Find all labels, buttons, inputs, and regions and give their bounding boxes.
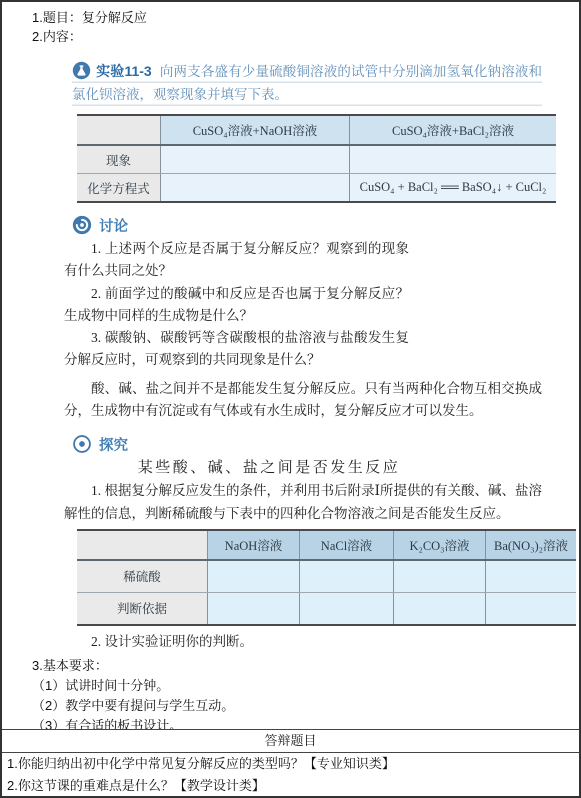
discussion-item-1: 1. 上述两个反应是否属于复分解反应？观察到的现象有什么共同之处？ (64, 238, 409, 283)
table2-row-label-basis: 判断依据 (77, 592, 208, 625)
requirements-heading: 3.基本要求： (32, 656, 579, 676)
table2-header-naoh: NaOH溶液 (208, 530, 300, 560)
table2-cell-acid-naoh (208, 560, 300, 593)
table2-cell-basis-k2co3 (394, 592, 486, 625)
table1-cell-phenomenon-naoh (161, 145, 350, 174)
defense-item-1: 1.你能归纳出初中化学中常见复分解反应的类型吗？【专业知识类】 (2, 753, 579, 775)
table2-corner-cell (77, 530, 208, 560)
question-title-line: 1.题目：复分解反应 (2, 8, 579, 27)
discussion-items: 1. 上述两个反应是否属于复分解反应？观察到的现象有什么共同之处？ 2. 前面学… (64, 238, 409, 372)
inquiry-table: NaOH溶液 NaCl溶液 K₂CO₃溶液 Ba(NO₃)₂溶液 稀硫酸 判断依… (77, 529, 576, 626)
table-row-phenomenon: 现象 (77, 145, 556, 174)
swirl-discussion-icon (72, 215, 92, 236)
table2-header-nacl: NaCl溶液 (300, 530, 394, 560)
table-row-header: NaOH溶液 NaCl溶液 K₂CO₃溶液 Ba(NO₃)₂溶液 (77, 530, 576, 560)
discussion-item-2: 2. 前面学过的酸碱中和反应是否也属于复分解反应？生成物中同样的生成物是什么？ (64, 283, 409, 328)
table2-cell-acid-bano32 (486, 560, 577, 593)
defense-item-2: 2.你这节课的重难点是什么？【教学设计类】 (2, 775, 579, 797)
content-area: 1.题目：复分解反应 2.内容： 实验11-3向两支各盛有少量硫酸铜溶液的试管中… (2, 2, 579, 736)
requirement-item-1: （1）试讲时间十分钟。 (32, 676, 579, 696)
requirement-item-2: （2）教学中要有提问与学生互动。 (32, 696, 579, 716)
flask-icon (72, 64, 91, 79)
defense-section: 答辩题目 1.你能归纳出初中化学中常见复分解反应的类型吗？【专业知识类】 2.你… (2, 729, 579, 796)
table1-row-label-phenomenon: 现象 (77, 145, 161, 174)
table-row-equation: 化学方程式 CuSO₄ + BaCl₂ ══ BaSO₄↓ + CuCl₂ (77, 174, 556, 203)
table1-row-label-equation: 化学方程式 (77, 174, 161, 203)
defense-title: 答辩题目 (2, 729, 579, 752)
discussion-item-3: 3. 碳酸钠、碳酸钙等含碳酸根的盐溶液与盐酸发生复分解反应时，可观察到的共同现象… (64, 327, 409, 372)
table2-header-k2co3: K₂CO₃溶液 (394, 530, 486, 560)
discussion-label: 讨论 (99, 215, 128, 236)
experiment-table: CuSO₄溶液+NaOH溶液 CuSO₄溶液+BaCl₂溶液 现象 化学方程式 … (77, 114, 556, 203)
table1-header-cuso4-bacl2: CuSO₄溶液+BaCl₂溶液 (350, 115, 557, 145)
table2-cell-basis-bano32 (486, 592, 577, 625)
inquiry-item-1: 1. 根据复分解反应发生的条件，并利用书后附录Ⅰ所提供的有关酸、碱、盐溶解性的信… (64, 480, 542, 525)
table2-cell-acid-nacl (300, 560, 394, 593)
table2-cell-basis-naoh (208, 592, 300, 625)
discussion-header: 讨论 (72, 215, 542, 236)
table1-cell-phenomenon-bacl2 (350, 145, 557, 174)
table1-cell-equation-bacl2: CuSO₄ + BaCl₂ ══ BaSO₄↓ + CuCl₂ (350, 174, 557, 203)
inquiry-item-2: 2. 设计实验证明你的判断。 (64, 631, 542, 653)
content-label-line: 2.内容： (2, 27, 579, 46)
experiment-intro: 实验11-3向两支各盛有少量硫酸铜溶液的试管中分别滴加氢氧化钠溶液和氯化钡溶液，… (72, 60, 542, 106)
defense-items: 1.你能归纳出初中化学中常见复分解反应的类型吗？【专业知识类】 2.你这节课的重… (2, 752, 579, 796)
document-page: 1.题目：复分解反应 2.内容： 实验11-3向两支各盛有少量硫酸铜溶液的试管中… (0, 0, 581, 798)
table2-header-bano32: Ba(NO₃)₂溶液 (486, 530, 577, 560)
table-row-basis: 判断依据 (77, 592, 576, 625)
inquiry-label: 探究 (99, 434, 128, 455)
table2-row-label-acid: 稀硫酸 (77, 560, 208, 593)
inquiry-title: 某些酸、碱、盐之间是否发生反应 (64, 456, 474, 480)
table-row-header: CuSO₄溶液+NaOH溶液 CuSO₄溶液+BaCl₂溶液 (77, 115, 556, 145)
table1-cell-equation-naoh (161, 174, 350, 203)
table-row-dilute-acid: 稀硫酸 (77, 560, 576, 593)
basic-requirements: 3.基本要求： （1）试讲时间十分钟。 （2）教学中要有提问与学生互动。 （3）… (2, 656, 579, 736)
table2-cell-acid-k2co3 (394, 560, 486, 593)
textbook-excerpt: 实验11-3向两支各盛有少量硫酸铜溶液的试管中分别滴加氢氧化钠溶液和氯化钡溶液，… (64, 60, 542, 653)
target-icon (72, 434, 92, 455)
table1-header-cuso4-naoh: CuSO₄溶液+NaOH溶液 (161, 115, 350, 145)
inquiry-header: 探究 (72, 434, 542, 455)
table1-corner-cell (77, 115, 161, 145)
note-paragraph: 酸、碱、盐之间并不是都能发生复分解反应。只有当两种化合物互相交换成分，生成物中有… (64, 378, 542, 423)
experiment-label: 实验11-3 (96, 63, 152, 79)
table2-cell-basis-nacl (300, 592, 394, 625)
